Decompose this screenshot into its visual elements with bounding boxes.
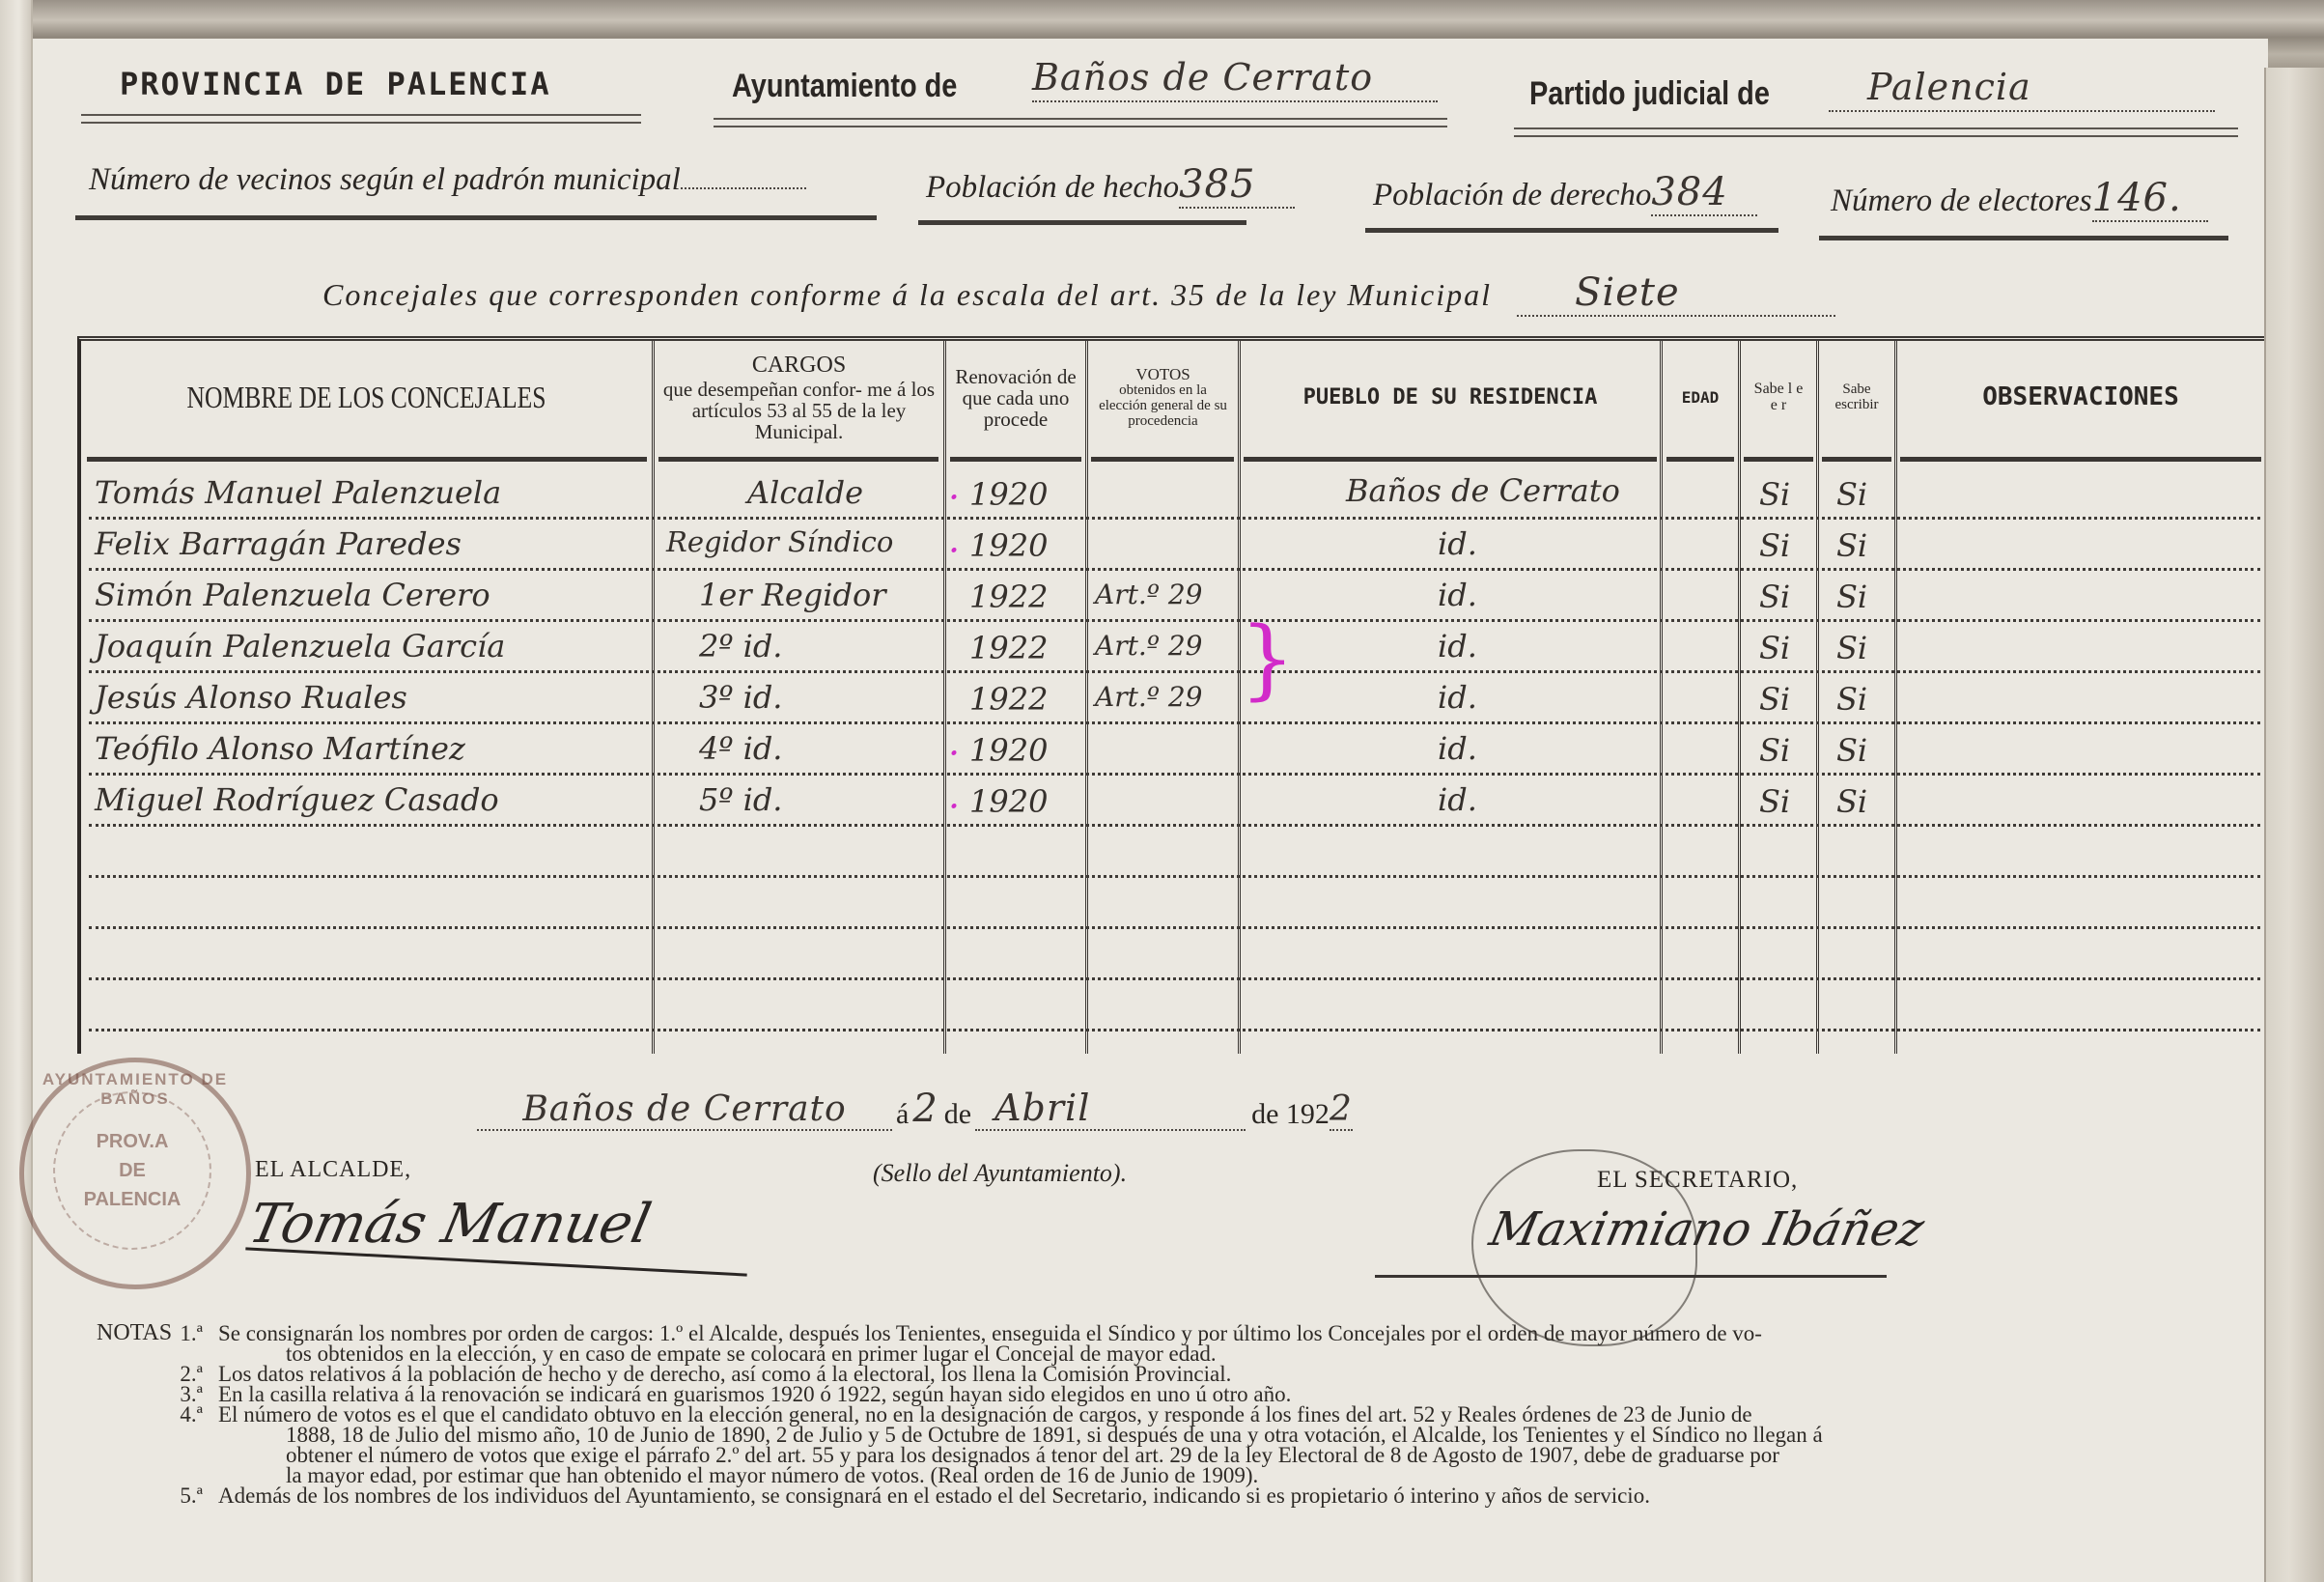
header-rule — [950, 457, 1081, 462]
note-text: En la casilla relativa á la renovación s… — [218, 1384, 1291, 1404]
stamp-line-2: DE — [119, 1156, 146, 1185]
header-rule — [87, 457, 647, 462]
header-rule — [1091, 457, 1234, 462]
concejales-label-text: Concejales que corresponden conforme á l… — [322, 277, 1492, 312]
header-edad: EDAD — [1663, 341, 1738, 455]
header-votos-title: VOTOS — [1135, 366, 1190, 383]
row-6-cargo: 4º id. — [699, 730, 782, 767]
row-7-escribir: Si — [1836, 783, 1867, 820]
row-7-nombre: Miguel Rodríguez Casado — [95, 781, 499, 818]
row-3-pueblo: id. — [1438, 577, 1477, 613]
header-nombre: NOMBRE DE LOS CONCEJALES — [138, 341, 595, 455]
header-observaciones: OBSERVACIONES — [1897, 341, 2264, 455]
row-7-leer: Si — [1759, 783, 1790, 820]
row-1-nombre: Tomás Manuel Palenzuela — [95, 474, 501, 511]
row-2-leer: Si — [1759, 527, 1790, 564]
row-2-escribir: Si — [1836, 527, 1867, 564]
rule — [1365, 228, 1778, 233]
header-renovacion: Renovación de que cada uno procede — [946, 341, 1085, 455]
row-7-renovacion: 1920 — [969, 783, 1048, 820]
hecho-label: Población de hecho385 — [926, 162, 1295, 209]
header-rule — [1900, 457, 2261, 462]
row-4-nombre: Joaquín Palenzuela García — [95, 628, 505, 664]
row-4-escribir: Si — [1836, 630, 1867, 666]
row-1-escribir: Si — [1836, 476, 1867, 513]
stamp-line-3: PALENCIA — [84, 1185, 182, 1214]
row-6-escribir: Si — [1836, 732, 1867, 769]
municipal-stamp: AYUNTAMIENTO DE BAÑOS PROV.A DE PALENCIA — [19, 1058, 251, 1289]
vecinos-value — [681, 162, 806, 189]
row-7-cargo: 5º id. — [699, 781, 782, 818]
rule — [81, 114, 641, 124]
header-leer: Sabe l e e r — [1741, 341, 1816, 455]
header-votos: VOTOS obtenidos en la elección general d… — [1088, 341, 1238, 455]
note-text: Se consignarán los nombres por orden de … — [218, 1323, 1762, 1343]
stamp-line-1: PROV.A — [97, 1127, 169, 1156]
row-5-leer: Si — [1759, 681, 1790, 718]
ayuntamiento-value-text: Baños de Cerrato — [1032, 56, 1373, 99]
concejales-label: Concejales que corresponden conforme á l… — [322, 270, 1835, 317]
note-continuation: obtener el número de votos que exige el … — [97, 1445, 2221, 1465]
row-rule — [89, 926, 2260, 929]
secretario-underline — [1375, 1275, 1887, 1278]
row-4-leer: Si — [1759, 630, 1790, 666]
hecho-value: 385 — [1179, 162, 1295, 209]
note-text: Además de los nombres de los individuos … — [218, 1485, 1650, 1506]
row-rule — [89, 517, 2260, 520]
row-5-pueblo: id. — [1438, 679, 1477, 716]
row-2-mark: · — [948, 529, 960, 572]
row-rule — [89, 824, 2260, 827]
partido-value-text: Palencia — [1867, 66, 2031, 108]
note-text: El número de votos es el que el candidat… — [218, 1404, 1752, 1425]
row-6-leer: Si — [1759, 732, 1790, 769]
row-5-escribir: Si — [1836, 681, 1867, 718]
row-rule — [89, 670, 2260, 673]
rule — [75, 215, 877, 220]
ayuntamiento-label: Ayuntamiento de — [732, 68, 957, 105]
row-rule — [89, 773, 2260, 776]
row-3-cargo: 1er Regidor — [699, 577, 886, 613]
date-a: á — [896, 1098, 909, 1131]
concejales-table: NOMBRE DE LOS CONCEJALES CARGOS que dese… — [77, 336, 2272, 1054]
row-4-pueblo: id. — [1438, 628, 1477, 664]
note-text: Los datos relativos á la población de he… — [218, 1364, 1231, 1384]
hecho-label-text: Población de hecho — [926, 170, 1179, 205]
row-2-renovacion: 1920 — [969, 527, 1048, 564]
vecinos-label-text: Número de vecinos según el padrón munici… — [89, 162, 681, 197]
row-3-nombre: Simón Palenzuela Cerero — [95, 577, 490, 613]
row-5-renovacion: 1922 — [969, 681, 1048, 718]
header-cargos: CARGOS que desempeñan confor- me á los a… — [655, 341, 943, 455]
note-number: 5.ª — [164, 1485, 218, 1506]
concejales-value: Siete — [1517, 270, 1835, 317]
row-2-pueblo: id. — [1438, 525, 1477, 562]
row-3-renovacion: 1922 — [969, 579, 1048, 615]
note-item: 3.ª En la casilla relativa á la renovaci… — [97, 1384, 2221, 1404]
stamp-center: PROV.A DE PALENCIA — [53, 1091, 211, 1250]
header-rule — [1666, 457, 1734, 462]
header-escribir: Sabe escribir — [1819, 341, 1894, 455]
note-item: 5.ª Además de los nombres de los individ… — [97, 1485, 2221, 1506]
header-pueblo: PUEBLO DE SU RESIDENCIA — [1241, 341, 1660, 455]
notes-section: NOTAS 1.ª Se consignarán los nombres por… — [97, 1323, 2221, 1506]
date-de: de — [944, 1098, 971, 1131]
date-year-digit: 2 — [1330, 1089, 1353, 1131]
row-rule — [89, 568, 2260, 571]
derecho-label: Población de derecho384 — [1373, 170, 1757, 216]
province-title: PROVINCIA DE PALENCIA — [120, 66, 551, 102]
row-5-votos: Art.º 29 — [1095, 681, 1202, 713]
row-1-mark: · — [948, 476, 960, 519]
row-4-cargo: 2º id. — [699, 628, 782, 664]
partido-value: Palencia — [1829, 66, 2215, 112]
row-6-nombre: Teófilo Alonso Martínez — [95, 730, 465, 767]
row-rule — [89, 721, 2260, 724]
sello-label: (Sello del Ayuntamiento). — [873, 1159, 1127, 1188]
derecho-label-text: Población de derecho — [1373, 178, 1651, 212]
rule — [1514, 127, 2238, 137]
note-number: 3.ª — [164, 1384, 218, 1404]
note-item: NOTAS 1.ª Se consignarán los nombres por… — [97, 1323, 2221, 1343]
ayuntamiento-value: Baños de Cerrato — [1032, 56, 1438, 102]
derecho-value: 384 — [1651, 170, 1757, 216]
row-3-leer: Si — [1759, 579, 1790, 615]
note-number: 2.ª — [164, 1364, 218, 1384]
note-continuation: tos obtenidos en la elección, y en caso … — [97, 1343, 2221, 1364]
book-binding-left — [0, 0, 33, 1582]
row-2-nombre: Felix Barragán Paredes — [95, 525, 462, 562]
date-year-prefix: de 192 — [1251, 1098, 1330, 1131]
notes-label: NOTAS — [97, 1323, 164, 1343]
header-rule — [1244, 457, 1657, 462]
note-item: 2.ª Los datos relativos á la población d… — [97, 1364, 2221, 1384]
header-votos-sub: obtenidos en la elección general de su p… — [1096, 383, 1231, 429]
date-place: Baños de Cerrato — [477, 1089, 892, 1131]
date-line: Baños de Cerrato á 2 de Abril de 192 2 — [477, 1087, 1353, 1131]
header-cargos-sub: que desempeñan confor- me á los artículo… — [659, 379, 939, 442]
header-cargos-title: CARGOS — [752, 353, 846, 378]
date-month: Abril — [975, 1087, 1246, 1131]
header-rule — [1822, 457, 1891, 462]
row-4-votos: Art.º 29 — [1095, 630, 1202, 662]
row-6-pueblo: id. — [1438, 730, 1477, 767]
electores-value: 146. — [2092, 176, 2208, 222]
alcalde-label: EL ALCALDE, — [255, 1157, 411, 1183]
secretario-flourish — [1471, 1149, 1697, 1346]
date-day: 2 — [912, 1087, 938, 1131]
rule — [1819, 236, 2228, 240]
document-page: PROVINCIA DE PALENCIA Ayuntamiento de Ba… — [33, 39, 2268, 1582]
row-1-cargo: Alcalde — [747, 474, 863, 511]
row-3-votos: Art.º 29 — [1095, 579, 1202, 610]
row-rule — [89, 1029, 2260, 1031]
row-7-mark: · — [948, 785, 960, 828]
row-4-renovacion: 1922 — [969, 630, 1048, 666]
note-continuation: la mayor edad, por estimar que han obten… — [97, 1465, 2221, 1485]
note-item: 4.ª El número de votos es el que el cand… — [97, 1404, 2221, 1425]
note-number: 4.ª — [164, 1404, 218, 1425]
row-1-pueblo: Baños de Cerrato — [1346, 472, 1620, 509]
row-1-leer: Si — [1759, 476, 1790, 513]
row-rule — [89, 875, 2260, 878]
row-rule — [89, 977, 2260, 980]
electores-label: Número de electores146. — [1831, 176, 2208, 222]
row-7-pueblo: id. — [1438, 781, 1477, 818]
magenta-bracket: } — [1240, 616, 1295, 703]
note-continuation: 1888, 18 de Julio del mismo año, 10 de J… — [97, 1425, 2221, 1445]
alcalde-signature: Tomás Manuel — [243, 1193, 656, 1256]
row-rule — [89, 619, 2260, 622]
header-rule — [1744, 457, 1813, 462]
row-5-cargo: 3º id. — [699, 679, 782, 716]
row-6-renovacion: 1920 — [969, 732, 1048, 769]
row-3-escribir: Si — [1836, 579, 1867, 615]
row-2-cargo: Regidor Síndico — [666, 525, 893, 558]
note-number: 1.ª — [164, 1323, 218, 1343]
row-1-renovacion: 1920 — [969, 476, 1048, 513]
row-6-mark: · — [948, 732, 960, 775]
rule — [714, 118, 1447, 127]
header-rule — [658, 457, 938, 462]
book-page-edges-right — [2264, 68, 2324, 1582]
partido-label: Partido judicial de — [1529, 75, 1770, 113]
rule — [918, 220, 1246, 225]
row-5-nombre: Jesús Alonso Ruales — [95, 679, 407, 716]
electores-label-text: Número de electores — [1831, 184, 2092, 218]
vecinos-label: Número de vecinos según el padrón munici… — [89, 162, 806, 198]
